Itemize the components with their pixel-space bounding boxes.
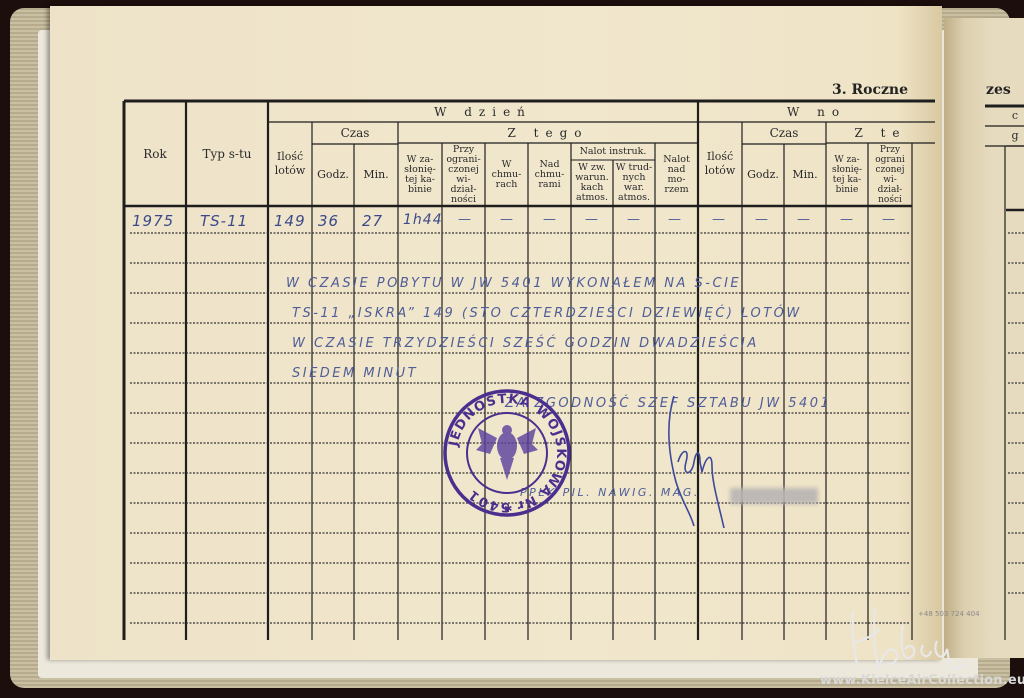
cell-night-godz: — <box>755 212 768 227</box>
cell-night-zaslonietej: — <box>840 212 853 227</box>
cell-ilosc-lotow: 149 <box>274 212 306 230</box>
header-w-dzien: W dzień <box>268 101 698 122</box>
header-day-czas: Czas <box>312 122 398 144</box>
watermark-url: www.KielceAirCollection.eu <box>820 673 1024 688</box>
header-night-ilosc-lotow: Ilość lotów <box>698 122 742 206</box>
header-day-ilosc-lotow: Ilość lotów <box>268 122 312 206</box>
header-day-nad-chmurami: Nad chmu- rami <box>528 143 571 206</box>
section-title: 3. Roczne <box>832 82 908 98</box>
next-page-header-g: g <box>1000 126 1024 146</box>
cell-typ: TS-11 <box>200 212 248 230</box>
note-line-3: w czasie trzydzieści sześć godzin dwadzi… <box>292 336 759 351</box>
note-line-1: W czasie pobytu w JW 5401 wykonałem na s… <box>286 276 741 291</box>
header-day-trudnych-warunkach: W trud- nych war. atmos. <box>613 160 655 206</box>
header-night-min: Min. <box>784 144 826 206</box>
header-day-zaslonietej-kabinie: W za- słonię- tej ka- binie <box>398 143 442 206</box>
cell-nad-morzem: — <box>668 212 681 227</box>
header-day-nad-morzem: Nalot nad mo- rzem <box>655 143 698 206</box>
cell-night-ograniczonej: — <box>882 212 895 227</box>
cell-ograniczonej-widzialnosci: — <box>458 212 471 227</box>
redacted-name <box>730 488 818 504</box>
cell-nad-chmurami: — <box>543 212 556 227</box>
header-day-godz: Godz. <box>312 144 354 206</box>
header-typ-samolotu: Typ s-tu <box>186 101 268 206</box>
cell-zw-warunkach: — <box>585 212 598 227</box>
cell-trudnych-warunkach: — <box>627 212 640 227</box>
header-day-zw-warunkach: W zw. warun. kach atmos. <box>571 160 613 206</box>
header-night-zaslonietej-kabinie: W za- słonię- tej ka- binie <box>826 143 868 206</box>
header-day-z-tego: Z tego <box>398 122 698 143</box>
header-day-nalot-instruk: Nalot instruk. <box>571 143 655 160</box>
svg-text:✱: ✱ <box>504 504 512 515</box>
signature-icon <box>660 392 740 532</box>
cell-zaslonietej-kabinie: 1h44 <box>403 212 443 228</box>
cell-rok: 1975 <box>132 212 174 230</box>
note-line-4: siedem minut <box>292 366 418 381</box>
header-day-min: Min. <box>354 144 398 206</box>
note-line-2: TS-11 „Iskra” 149 (sto czterdzieści dzie… <box>292 306 802 321</box>
cell-w-chmurach: — <box>500 212 513 227</box>
header-w-nocy: W no <box>698 101 935 122</box>
header-night-z-tego: Z te <box>826 122 935 143</box>
eagle-emblem-icon <box>476 425 538 480</box>
watermark-phone: +48 503 724 404 <box>918 610 980 618</box>
header-night-godz: Godz. <box>742 144 784 206</box>
cell-min: 27 <box>362 212 383 230</box>
header-night-czas: Czas <box>742 122 826 144</box>
military-unit-stamp-icon: JEDNOSTKA WOJSKOWA Nr 5401 ✱ <box>442 388 572 518</box>
cell-godz: 36 <box>318 212 339 230</box>
next-page-title: zes <box>986 82 1011 98</box>
header-night-ograniczonej-widzialnosci: Przy ograni czonej wi- dział- ności <box>868 143 912 206</box>
header-day-w-chmurach: W chmu- rach <box>485 143 528 206</box>
header-rok: Rok <box>124 101 186 206</box>
cell-night-ilosc: — <box>712 212 725 227</box>
next-page-header-c: c <box>1000 106 1024 126</box>
cell-night-min: — <box>797 212 810 227</box>
header-day-ograniczonej-widzialnosci: Przy ograni- czonej wi- dział- ności <box>442 143 485 206</box>
